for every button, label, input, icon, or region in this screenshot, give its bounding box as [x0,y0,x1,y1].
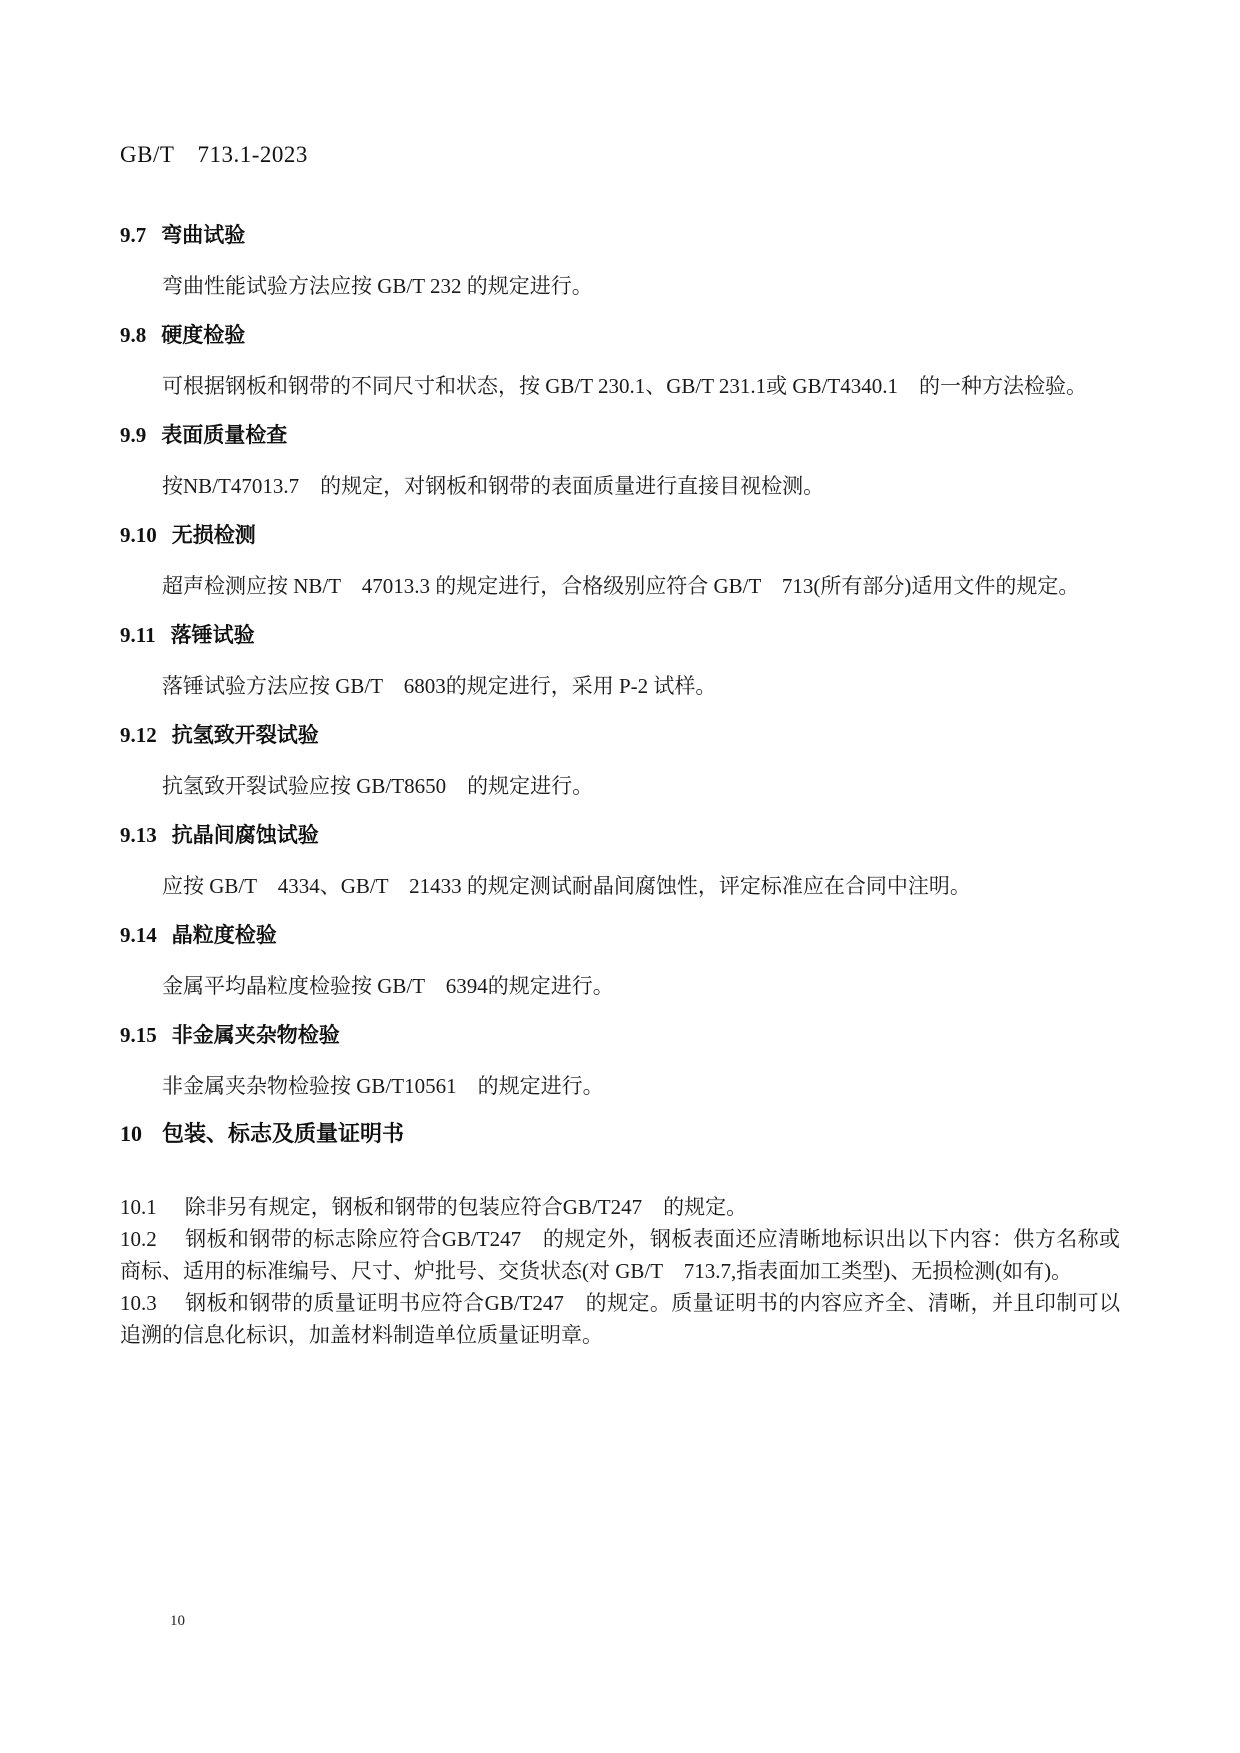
section-title: 非金属夹杂物检验 [172,1024,340,1047]
chapter-title: 包装、标志及质量证明书 [162,1121,404,1146]
section-number: 9.12 [120,723,157,747]
section-number: 9.7 [120,223,146,247]
section-title: 晶粒度检验 [172,924,277,947]
chapter-heading-10: 10包装、标志及质量证明书 [120,1118,1120,1150]
clause-10-2: 10.2钢板和钢带的标志除应符合GB/T247 的规定外，钢板表面还应清晰地标识… [120,1223,1120,1287]
section-title: 弯曲试验 [161,224,245,247]
clause-text: 钢板和钢带的标志除应符合GB/T247 的规定外，钢板表面还应清晰地标识出以下内… [120,1227,1120,1283]
section-paragraph-9-7: 弯曲性能试验方法应按 GB/T 232 的规定进行。 [120,268,1120,305]
clause-10-1: 10.1除非另有规定，钢板和钢带的包装应符合GB/T247 的规定。 [120,1191,1120,1223]
section-paragraph-9-11: 落锤试验方法应按 GB/T 6803的规定进行，采用 P-2 试样。 [120,668,1120,705]
section-number: 9.13 [120,823,157,847]
section-title: 抗氢致开裂试验 [172,724,319,747]
document-page: GB/T 713.1-2023 9.7弯曲试验 弯曲性能试验方法应按 GB/T … [0,0,1240,1753]
section-title: 硬度检验 [161,324,245,347]
section-heading-9-8: 9.8硬度检验 [120,320,1120,351]
section-heading-9-10: 9.10无损检测 [120,520,1120,551]
section-paragraph-9-14: 金属平均晶粒度检验按 GB/T 6394的规定进行。 [120,968,1120,1005]
clause-text: 除非另有规定，钢板和钢带的包装应符合GB/T247 的规定。 [185,1195,747,1219]
section-heading-9-13: 9.13抗晶间腐蚀试验 [120,820,1120,851]
section-title: 无损检测 [172,524,256,547]
section-heading-9-15: 9.15非金属夹杂物检验 [120,1020,1120,1051]
section-paragraph-9-15: 非金属夹杂物检验按 GB/T10561 的规定进行。 [120,1068,1120,1105]
running-header: GB/T 713.1-2023 [120,141,1120,169]
section-heading-9-7: 9.7弯曲试验 [120,220,1120,251]
section-title: 表面质量检查 [161,424,287,447]
page-content: GB/T 713.1-2023 9.7弯曲试验 弯曲性能试验方法应按 GB/T … [120,0,1120,1351]
clause-text: 钢板和钢带的质量证明书应符合GB/T247 的规定。质量证明书的内容应齐全、清晰… [120,1291,1120,1347]
clause-10-3: 10.3钢板和钢带的质量证明书应符合GB/T247 的规定。质量证明书的内容应齐… [120,1287,1120,1351]
section-heading-9-12: 9.12抗氢致开裂试验 [120,720,1120,751]
section-number: 9.10 [120,523,157,547]
section-number: 9.8 [120,323,146,347]
section-number: 9.9 [120,423,146,447]
section-heading-9-9: 9.9表面质量检查 [120,420,1120,451]
clause-number: 10.3 [120,1291,157,1315]
section-title: 落锤试验 [171,624,255,647]
section-heading-9-14: 9.14晶粒度检验 [120,920,1120,951]
chapter-number: 10 [120,1121,142,1146]
section-paragraph-9-13: 应按 GB/T 4334、GB/T 21433 的规定测试耐晶间腐蚀性，评定标准… [120,868,1120,905]
section-number: 9.15 [120,1023,157,1047]
page-number: 10 [170,1612,185,1630]
section-title: 抗晶间腐蚀试验 [172,824,319,847]
section-heading-9-11: 9.11落锤试验 [120,620,1120,651]
section-paragraph-9-9: 按NB/T47013.7 的规定，对钢板和钢带的表面质量进行直接目视检测。 [120,468,1120,505]
section-number: 9.14 [120,923,157,947]
section-number: 9.11 [120,623,156,647]
section-paragraph-9-8: 可根据钢板和钢带的不同尺寸和状态，按 GB/T 230.1、GB/T 231.1… [120,368,1120,405]
clause-number: 10.1 [120,1195,157,1219]
clause-number: 10.2 [120,1227,157,1251]
section-paragraph-9-12: 抗氢致开裂试验应按 GB/T8650 的规定进行。 [120,768,1120,805]
section-paragraph-9-10: 超声检测应按 NB/T 47013.3 的规定进行，合格级别应符合 GB/T 7… [120,568,1120,605]
